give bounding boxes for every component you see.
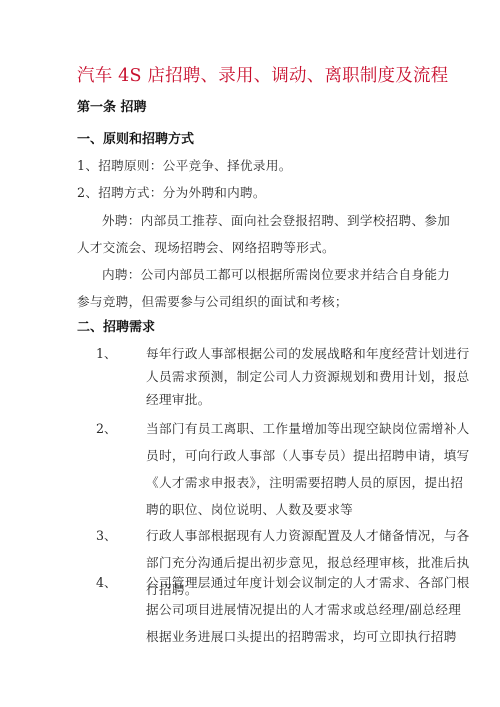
list-item-line: 人员需求预测，制定公司人力资源规划和费用计划，报总 [146, 366, 470, 385]
list-item-line: 行政人事部根据现有人力资源配置及人才储备情况，与各 [146, 525, 470, 544]
article-heading: 第一条 招聘 [77, 96, 147, 115]
section-heading-principles: 一、原则和招聘方式 [77, 128, 194, 147]
list-item-line: 每年行政人事部根据公司的发展战略和年度经营计划进行 [146, 343, 470, 362]
list-item-line: 公司管理层通过年度计划会议制定的人才需求、各部门根 [146, 572, 470, 591]
paragraph: 外聘：内部员工推荐、面向社会登报招聘、到学校招聘、参加 [102, 210, 450, 229]
list-item-number: 1、 [96, 343, 117, 362]
section-heading-demand: 二、招聘需求 [77, 316, 155, 335]
list-item-line: 据公司项目进展情况提出的人才需求或总经理/副总经理 [146, 599, 461, 618]
paragraph: 内聘：公司内部员工都可以根据所需岗位要求并结合自身能力 [102, 264, 450, 283]
paragraph: 1、招聘原则：公平竞争、择优录用。 [77, 155, 292, 174]
document-title: 汽车 4S 店招聘、录用、调动、离职制度及流程 [77, 62, 448, 87]
list-item-line: 经理审批。 [146, 389, 211, 408]
paragraph: 参与竞聘，但需要参与公司组织的面试和考核； [77, 291, 348, 310]
list-item-line: 当部门有员工离职、工作量增加等出现空缺岗位需增补人 [146, 418, 470, 437]
list-item-line: 根据业务进展口头提出的招聘需求，均可立即执行招聘 [146, 626, 457, 645]
list-item-number: 2、 [96, 418, 117, 437]
list-item-line: 《人才需求申报表》，注明需要招聘人员的原因，提出招 [146, 472, 463, 491]
list-item-line: 聘的职位、岗位说明、人数及要求等 [146, 499, 353, 518]
list-item-number: 4、 [96, 572, 117, 591]
list-item-line: 员时，可向行政人事部（人事专员）提出招聘申请，填写 [146, 445, 470, 464]
paragraph: 2、招聘方式：分为外聘和内聘。 [77, 182, 266, 201]
list-item-line: 部门充分沟通后提出初步意见，报总经理审核，批准后执 [146, 552, 470, 571]
document-page: 汽车 4S 店招聘、录用、调动、离职制度及流程 第一条 招聘 一、原则和招聘方式… [0, 0, 500, 707]
list-item-number: 3、 [96, 525, 117, 544]
paragraph: 人才交流会、现场招聘会、网络招聘等形式。 [77, 237, 335, 256]
